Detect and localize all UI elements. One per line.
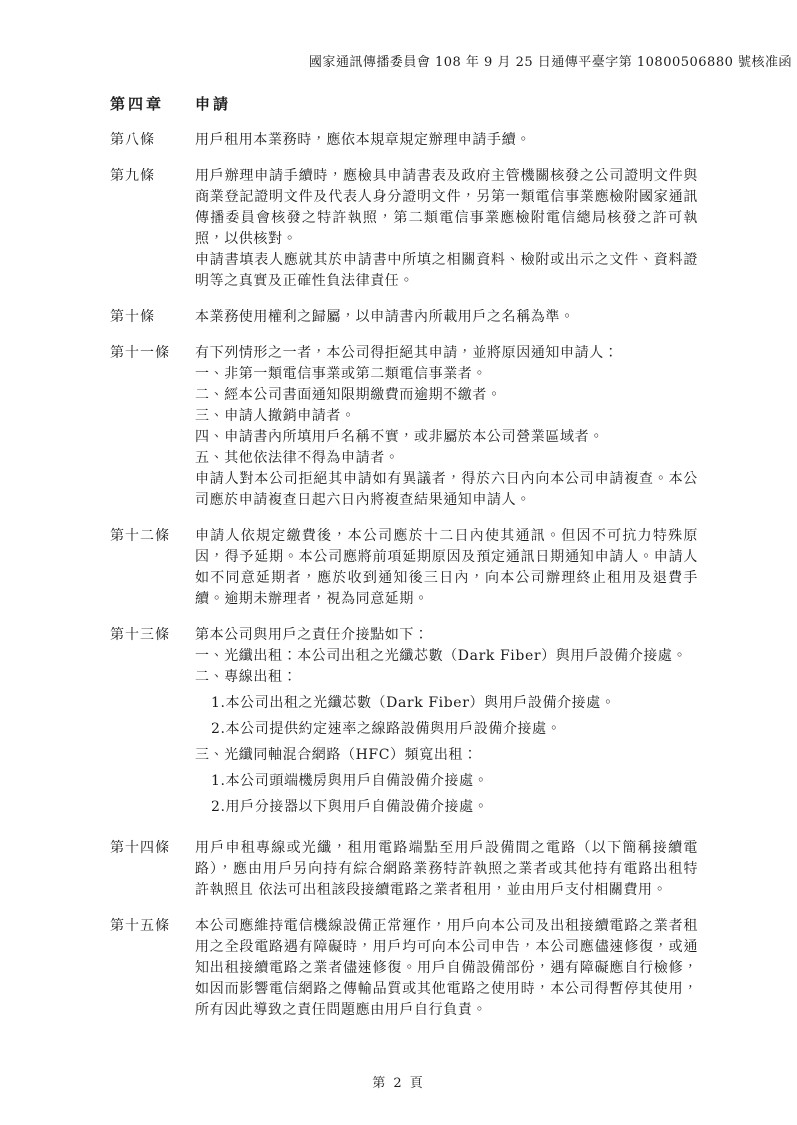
article-label: 第八條	[110, 130, 195, 151]
article-content: 用戶租用本業務時，應依本規章規定辦理申請手續。	[195, 130, 698, 151]
article: 第八條用戶租用本業務時，應依本規章規定辦理申請手續。	[110, 130, 698, 151]
article-paragraph: 申請書填表人應就其於申請書中所填之相關資料、檢附或出示之文件、資料證明等之真實及…	[195, 250, 698, 292]
article-sub-item: 2.用戶分接器以下與用戶自備設備介接處。	[211, 797, 698, 818]
article-label: 第十三條	[110, 625, 195, 823]
article-content: 有下列情形之一者，本公司得拒絕其申請，並將原因通知申請人：一、非第一類電信事業或…	[195, 343, 698, 511]
article-label: 第十一條	[110, 343, 195, 511]
document-body: 第四章 申請 第八條用戶租用本業務時，應依本規章規定辦理申請手續。第九條用戶辦理…	[110, 94, 698, 1021]
article: 第十一條有下列情形之一者，本公司得拒絕其申請，並將原因通知申請人：一、非第一類電…	[110, 343, 698, 511]
article-paragraph: 用戶租用本業務時，應依本規章規定辦理申請手續。	[195, 130, 698, 151]
chapter-heading: 第四章 申請	[110, 94, 698, 115]
article-sub-item: 1.本公司頭端機房與用戶自備設備介接處。	[211, 771, 698, 792]
article-list-item: 三、申請人撤銷申請者。	[195, 406, 698, 427]
article-content: 本業務使用權利之歸屬，以申請書內所載用戶之名稱為準。	[195, 307, 698, 328]
article: 第九條用戶辦理申請手續時，應檢具申請書表及政府主管機關核發之公司證明文件與商業登…	[110, 166, 698, 292]
article-content: 用戶申租專線或光纖，租用電路端點至用戶設備間之電路（以下簡稱接續電路），應由用戶…	[195, 838, 698, 901]
page-number: 第 2 頁	[0, 1072, 797, 1091]
article: 第十條本業務使用權利之歸屬，以申請書內所載用戶之名稱為準。	[110, 307, 698, 328]
article: 第十五條本公司應維持電信機線設備正常運作，用戶向本公司及出租接續電路之業者租用之…	[110, 916, 698, 1021]
article-paragraph: 申請人對本公司拒絕其申請如有異議者，得於六日內向本公司申請複查。本公司應於申請複…	[195, 469, 698, 511]
article-content: 本公司應維持電信機線設備正常運作，用戶向本公司及出租接續電路之業者租用之全段電路…	[195, 916, 698, 1021]
article-list-item: 一、光纖出租：本公司出租之光纖芯數（Dark Fiber）與用戶設備介接處。	[195, 646, 698, 667]
chapter-title: 申請	[195, 94, 231, 115]
article-paragraph: 用戶申租專線或光纖，租用電路端點至用戶設備間之電路（以下簡稱接續電路），應由用戶…	[195, 838, 698, 901]
article-paragraph: 本業務使用權利之歸屬，以申請書內所載用戶之名稱為準。	[195, 307, 698, 328]
article-paragraph: 本公司應維持電信機線設備正常運作，用戶向本公司及出租接續電路之業者租用之全段電路…	[195, 916, 698, 1021]
article-label: 第九條	[110, 166, 195, 292]
article-label: 第十四條	[110, 838, 195, 901]
article: 第十三條第本公司與用戶之責任介接點如下：一、光纖出租：本公司出租之光纖芯數（Da…	[110, 625, 698, 823]
article-list-item: 三、光纖同軸混合網路（HFC）頻寬出租：	[195, 745, 698, 766]
document-page: 國家通訊傳播委員會 108 年 9 月 25 日通傳平臺字第 108005068…	[0, 0, 797, 1125]
article-sub-item: 1.本公司出租之光纖芯數（Dark Fiber）與用戶設備介接處。	[211, 693, 698, 714]
article-list-item: 一、非第一類電信事業或第二類電信事業者。	[195, 364, 698, 385]
article-label: 第十條	[110, 307, 195, 328]
articles-list: 第八條用戶租用本業務時，應依本規章規定辦理申請手續。第九條用戶辦理申請手續時，應…	[110, 130, 698, 1021]
article-content: 申請人依規定繳費後，本公司應於十二日內使其通訊。但因不可抗力特殊原因，得予延期。…	[195, 526, 698, 610]
article-content: 用戶辦理申請手續時，應檢具申請書表及政府主管機關核發之公司證明文件與商業登記證明…	[195, 166, 698, 292]
article-paragraph: 用戶辦理申請手續時，應檢具申請書表及政府主管機關核發之公司證明文件與商業登記證明…	[195, 166, 698, 250]
approval-header: 國家通訊傳播委員會 108 年 9 月 25 日通傳平臺字第 108005068…	[309, 51, 792, 70]
chapter-number: 第四章	[110, 94, 195, 115]
article-content: 第本公司與用戶之責任介接點如下：一、光纖出租：本公司出租之光纖芯數（Dark F…	[195, 625, 698, 823]
article-paragraph: 有下列情形之一者，本公司得拒絕其申請，並將原因通知申請人：	[195, 343, 698, 364]
article-paragraph: 申請人依規定繳費後，本公司應於十二日內使其通訊。但因不可抗力特殊原因，得予延期。…	[195, 526, 698, 610]
article-list-item: 二、專線出租：	[195, 667, 698, 688]
article-list-item: 五、其他依法律不得為申請者。	[195, 448, 698, 469]
article: 第十四條用戶申租專線或光纖，租用電路端點至用戶設備間之電路（以下簡稱接續電路），…	[110, 838, 698, 901]
article-label: 第十五條	[110, 916, 195, 1021]
article: 第十二條申請人依規定繳費後，本公司應於十二日內使其通訊。但因不可抗力特殊原因，得…	[110, 526, 698, 610]
article-list-item: 四、申請書內所填用戶名稱不實，或非屬於本公司營業區域者。	[195, 427, 698, 448]
article-label: 第十二條	[110, 526, 195, 610]
article-paragraph: 第本公司與用戶之責任介接點如下：	[195, 625, 698, 646]
article-sub-item: 2.本公司提供約定速率之線路設備與用戶設備介接處。	[211, 719, 698, 740]
article-list-item: 二、經本公司書面通知限期繳費而逾期不繳者。	[195, 385, 698, 406]
